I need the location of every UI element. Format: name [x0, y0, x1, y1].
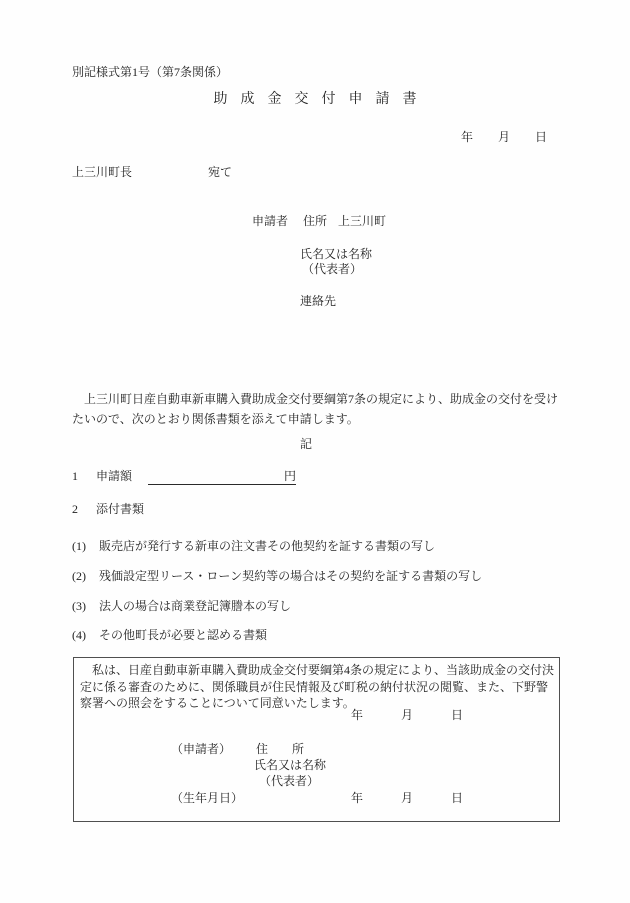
consent-representative-label: （代表者） — [259, 775, 319, 787]
attachment-text: 販売店が発行する新車の注文書その他契約を証する書類の写し — [99, 540, 435, 552]
year-label: 年 — [461, 131, 473, 143]
day-label: 日 — [451, 792, 463, 804]
consent-box: 私は、日産自動車新車購入費助成金交付要綱第4条の規定により、当該助成金の交付決定… — [73, 657, 560, 822]
amount-item-label: 申請額 — [96, 469, 132, 483]
year-label: 年 — [351, 709, 363, 721]
attachment-text: その他町長が必要と認める書類 — [99, 629, 267, 641]
attachment-text: 法人の場合は商業登記簿謄本の写し — [99, 600, 291, 612]
record-heading: 記 — [0, 438, 612, 450]
form-title: 助成金交付申請書 — [0, 93, 630, 107]
consent-paragraph: 私は、日産自動車新車購入費助成金交付要綱第4条の規定により、当該助成金の交付決定… — [80, 662, 554, 712]
amount-underline: 円 — [148, 470, 296, 485]
consent-applicant-label: （申請者） — [171, 743, 231, 755]
consent-address-label: 住 所 — [256, 743, 304, 755]
addressee-name: 上三川町長 — [72, 166, 205, 178]
form-number-label: 別記様式第1号（第7条関係） — [72, 66, 228, 78]
consent-name-label: 氏名又は名称 — [254, 759, 326, 771]
applicant-label: 申請者 — [252, 214, 288, 228]
attachment-number: (3) — [72, 600, 99, 612]
applicant-address-label: 住所 — [303, 214, 327, 228]
attachments-item-number: 2 — [72, 502, 78, 516]
attachment-row: (4) その他町長が必要と認める書類 — [72, 629, 267, 641]
year-label: 年 — [351, 792, 363, 804]
attachment-number: (1) — [72, 540, 99, 552]
attachment-row: (2) 残価設定型リース・ローン契約等の場合はその契約を証する書類の写し — [72, 570, 482, 582]
applicant-address-value: 上三川町 — [338, 214, 386, 228]
issue-date-line: 年 月 日 — [461, 131, 547, 143]
main-paragraph: 上三川町日産自動車新車購入費助成金交付要綱第7条の規定により、助成金の交付を受け… — [72, 389, 569, 429]
month-label: 月 — [498, 131, 510, 143]
attachments-heading-row: 2 添付書類 — [72, 503, 144, 515]
attachment-text: 残価設定型リース・ローン契約等の場合はその契約を証する書類の写し — [99, 570, 482, 582]
attachments-item-label: 添付書類 — [96, 502, 144, 516]
application-form-page: 別記様式第1号（第7条関係） 助成金交付申請書 年 月 日 上三川町長 宛て 申… — [0, 0, 630, 903]
amount-item-number: 1 — [72, 469, 78, 483]
addressee-line: 上三川町長 宛て — [72, 166, 232, 178]
month-label: 月 — [401, 709, 413, 721]
day-label: 日 — [451, 709, 463, 721]
applicant-address-line: 申請者 住所 上三川町 — [252, 215, 386, 227]
applicant-contact-label: 連絡先 — [300, 295, 336, 307]
applicant-name-label: 氏名又は名称 — [300, 248, 372, 260]
application-amount-row: 1 申請額 円 — [72, 470, 296, 485]
consent-date-line: 年 月 日 — [351, 709, 463, 721]
month-label: 月 — [401, 792, 413, 804]
consent-birthdate-line: 年 月 日 — [351, 792, 463, 804]
consent-birthdate-label: （生年月日） — [171, 792, 243, 804]
attachment-row: (1) 販売店が発行する新車の注文書その他契約を証する書類の写し — [72, 540, 435, 552]
attachment-row: (3) 法人の場合は商業登記簿謄本の写し — [72, 600, 291, 612]
attachment-number: (4) — [72, 629, 99, 641]
amount-unit-label: 円 — [284, 469, 296, 483]
day-label: 日 — [535, 131, 547, 143]
applicant-representative-label: （代表者） — [302, 263, 362, 275]
attachment-number: (2) — [72, 570, 99, 582]
addressee-suffix: 宛て — [208, 165, 232, 179]
